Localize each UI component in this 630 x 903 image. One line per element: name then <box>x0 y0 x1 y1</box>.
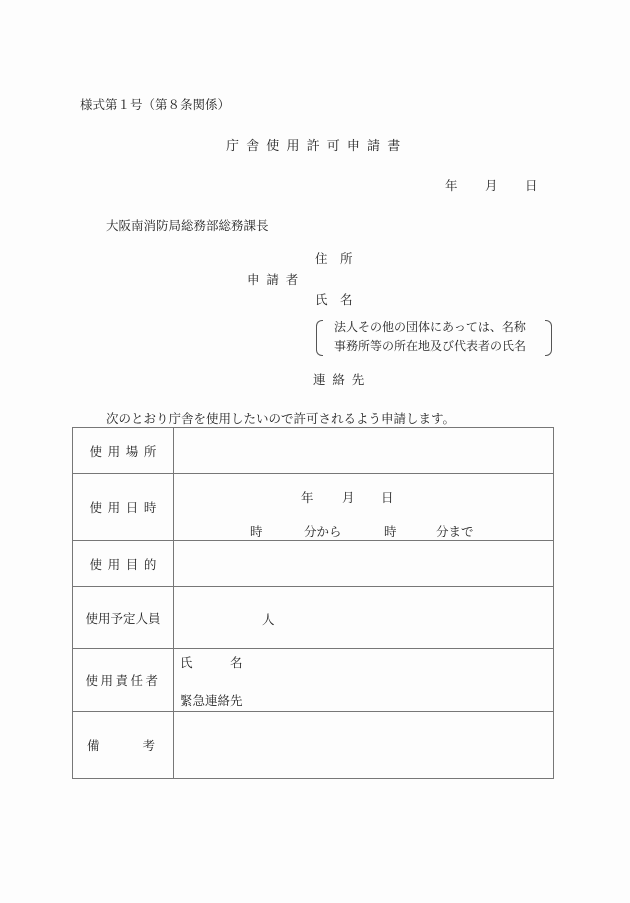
remarks-label-right: 考 <box>142 736 155 754</box>
application-table: 使用場所 使用日時 年 月 日 時 分から 時 分まで 使用目的 使用予定人員 … <box>72 427 554 779</box>
note-line-1: 法人その他の団体にあっては、名称 <box>334 318 526 337</box>
date-day-label: 日 <box>525 176 538 194</box>
attendees-field[interactable]: 人 <box>174 587 554 649</box>
dt-day: 日 <box>381 488 394 506</box>
table-row-remarks: 備 考 <box>73 712 554 779</box>
addressee: 大阪南消防局総務部総務課長 <box>106 216 269 234</box>
row-label: 使用責任者 <box>85 673 160 688</box>
dt-from-hour: 時 <box>250 522 263 540</box>
table-row-manager: 使用責任者 氏 名 緊急連絡先 <box>73 649 554 712</box>
note-line-2: 事務所等の所在地及び代表者の氏名 <box>334 337 526 356</box>
attendees-unit: 人 <box>262 610 275 628</box>
intro-text: 次のとおり庁舎を使用したいので許可されるよう申請します。 <box>106 409 455 427</box>
left-bracket <box>316 320 323 356</box>
emergency-contact-label: 緊急連絡先 <box>180 691 243 709</box>
contact-label: 連絡先 <box>313 370 371 388</box>
row-label: 使用場所 <box>90 444 163 459</box>
table-row-purpose: 使用目的 <box>73 541 554 587</box>
datetime-field[interactable]: 年 月 日 時 分から 時 分まで <box>174 474 554 541</box>
purpose-field[interactable] <box>174 541 554 587</box>
table-row-datetime: 使用日時 年 月 日 時 分から 時 分まで <box>73 474 554 541</box>
date-year-label: 年 <box>445 176 458 194</box>
row-label: 使用目的 <box>90 557 163 572</box>
remarks-label-left: 備 <box>87 736 100 754</box>
dt-month: 月 <box>342 488 355 506</box>
dt-to-hour: 時 <box>384 522 397 540</box>
row-label: 使用予定人員 <box>85 611 160 626</box>
location-field[interactable] <box>174 428 554 474</box>
applicant-label: 申請者 <box>247 270 305 288</box>
form-number: 様式第１号（第８条関係） <box>80 95 230 113</box>
dt-year: 年 <box>301 488 314 506</box>
date-month-label: 月 <box>485 176 498 194</box>
document-title: 庁舎使用許可申請書 <box>226 135 407 154</box>
address-label: 住 所 <box>315 249 353 267</box>
manager-field[interactable]: 氏 名 緊急連絡先 <box>174 649 554 712</box>
row-label: 使用日時 <box>90 500 163 515</box>
dt-from-min: 分から <box>304 522 342 540</box>
dt-to-min: 分まで <box>436 522 474 540</box>
manager-name-label: 氏 名 <box>180 653 243 671</box>
remarks-field[interactable] <box>174 712 554 779</box>
right-bracket <box>545 320 552 356</box>
name-label: 氏 名 <box>315 290 353 308</box>
table-row-location: 使用場所 <box>73 428 554 474</box>
table-row-attendees: 使用予定人員 人 <box>73 587 554 649</box>
corporate-note: 法人その他の団体にあっては、名称 事務所等の所在地及び代表者の氏名 <box>316 318 552 356</box>
